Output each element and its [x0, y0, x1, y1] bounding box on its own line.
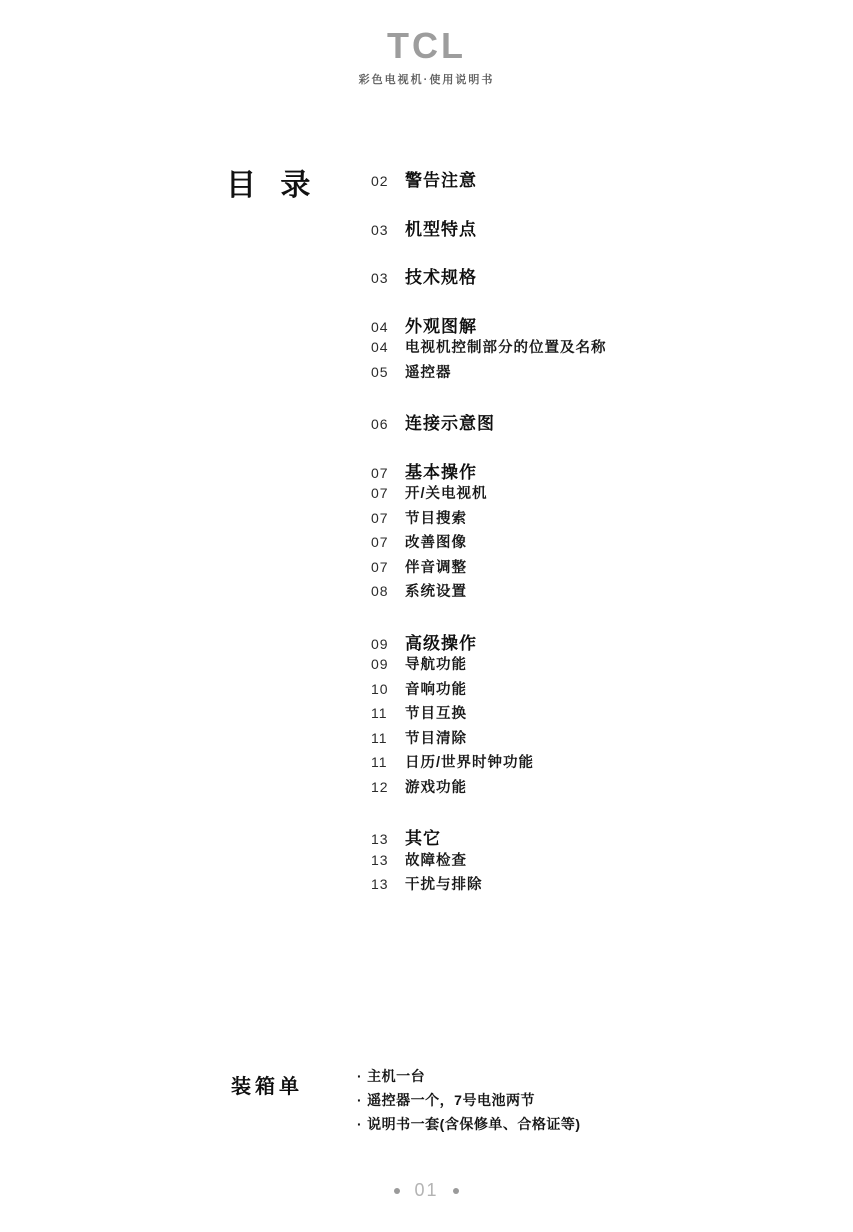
toc-page-number: 11	[371, 705, 405, 721]
toc-page-number: 03	[371, 222, 405, 238]
toc-group: 04 外观图解 04 电视机控制部分的位置及名称 05 遥控器	[371, 312, 791, 386]
toc-entry: 04 电视机控制部分的位置及名称	[371, 336, 791, 361]
toc-entry: 07 基本操作	[371, 458, 791, 483]
toc-group: 06 连接示意图	[371, 409, 791, 434]
toc-entry: 09 高级操作	[371, 629, 791, 654]
toc-entry-label: 警告注意	[405, 166, 477, 191]
toc-entry-label: 故障检查	[405, 849, 467, 870]
toc-entry-label: 外观图解	[405, 312, 477, 337]
toc-page-number: 13	[371, 852, 405, 868]
bullet-icon: ·	[357, 1116, 362, 1132]
toc-entry-label: 遥控器	[405, 361, 452, 382]
toc-group: 03 技术规格	[371, 263, 791, 288]
toc-page-number: 04	[371, 339, 405, 355]
toc-entry: 02 警告注意	[371, 166, 791, 191]
toc-entry: 07 伴音调整	[371, 556, 791, 581]
packing-items: · 主机一台 · 遥控器一个，7号电池两节 · 说明书一套(含保修单、合格证等)	[357, 1066, 581, 1138]
toc-entry: 05 遥控器	[371, 361, 791, 386]
toc-entry-label: 节目清除	[405, 727, 467, 748]
toc-entry: 03 技术规格	[371, 263, 791, 288]
toc-entry: 08 系统设置	[371, 580, 791, 605]
toc-group: 13 其它 13 故障检查 13 干扰与排除	[371, 824, 791, 898]
toc-page-number: 09	[371, 656, 405, 672]
toc-page-number: 12	[371, 779, 405, 795]
toc-entry: 13 干扰与排除	[371, 873, 791, 898]
toc-entry-label: 音响功能	[405, 678, 467, 699]
toc-entry-label: 节目搜索	[405, 507, 467, 528]
page-number: 01	[414, 1180, 438, 1201]
toc-entry-label: 系统设置	[405, 580, 467, 601]
brand-subtitle: 彩色电视机·使用说明书	[0, 71, 853, 87]
toc-entry-label: 高级操作	[405, 629, 477, 654]
toc-entry-label: 连接示意图	[405, 409, 495, 434]
toc-entry: 11 日历/世界时钟功能	[371, 751, 791, 776]
toc-entry-label: 游戏功能	[405, 776, 467, 797]
toc-entry-label: 干扰与排除	[405, 873, 483, 894]
toc-page-number: 02	[371, 173, 405, 189]
toc-entry: 03 机型特点	[371, 215, 791, 240]
toc-entry: 13 其它	[371, 824, 791, 849]
toc-entry-label: 电视机控制部分的位置及名称	[405, 336, 607, 357]
toc-entry-label: 其它	[405, 824, 441, 849]
toc-page-number: 07	[371, 485, 405, 501]
toc-page-number: 10	[371, 681, 405, 697]
toc-page-number: 07	[371, 510, 405, 526]
toc-page-number: 05	[371, 364, 405, 380]
toc-entry: 04 外观图解	[371, 312, 791, 337]
packing-item-text: 主机一台	[367, 1066, 425, 1086]
toc-entry: 07 节目搜索	[371, 507, 791, 532]
toc-entry-label: 伴音调整	[405, 556, 467, 577]
toc-page-number: 13	[371, 876, 405, 892]
toc-entry-label: 节目互换	[405, 702, 467, 723]
toc-entry-label: 技术规格	[405, 263, 477, 288]
toc-group: 02 警告注意	[371, 166, 791, 191]
toc-entry: 12 游戏功能	[371, 776, 791, 801]
toc-page-number: 07	[371, 534, 405, 550]
toc-entry-label: 导航功能	[405, 653, 467, 674]
packing-item: · 说明书一套(含保修单、合格证等)	[357, 1114, 581, 1138]
toc-page-number: 09	[371, 636, 405, 652]
toc-page-number: 07	[371, 559, 405, 575]
toc-entry-label: 机型特点	[405, 215, 477, 240]
toc-entry: 06 连接示意图	[371, 409, 791, 434]
toc-list: 02 警告注意 03 机型特点 03 技术规格 04 外观图解 04 电视机控制…	[371, 166, 791, 922]
toc-entry: 10 音响功能	[371, 678, 791, 703]
toc-page-number: 07	[371, 465, 405, 481]
toc-group: 03 机型特点	[371, 215, 791, 240]
toc-group: 07 基本操作 07 开/关电视机 07 节目搜索 07 改善图像 07 伴音调…	[371, 458, 791, 605]
toc-page-number: 08	[371, 583, 405, 599]
toc-entry: 13 故障检查	[371, 849, 791, 874]
bullet-icon: ·	[357, 1068, 362, 1084]
packing-list-title: 装箱单	[231, 1070, 303, 1099]
packing-item-text: 说明书一套(含保修单、合格证等)	[367, 1114, 580, 1134]
bullet-icon: ·	[357, 1092, 362, 1108]
toc-page-number: 06	[371, 416, 405, 432]
toc-entry: 07 改善图像	[371, 531, 791, 556]
page-footer: 01	[0, 1180, 853, 1201]
packing-item: · 主机一台	[357, 1066, 581, 1090]
toc-page-number: 04	[371, 319, 405, 335]
page-header: TCL 彩色电视机·使用说明书	[0, 28, 853, 87]
toc-entry: 11 节目互换	[371, 702, 791, 727]
toc-page-number: 03	[371, 270, 405, 286]
page-dot-icon	[394, 1188, 400, 1194]
brand-logo: TCL	[0, 28, 853, 64]
toc-group: 09 高级操作 09 导航功能 10 音响功能 11 节目互换 11 节目清除 …	[371, 629, 791, 801]
toc-entry-label: 日历/世界时钟功能	[405, 751, 534, 772]
toc-title: 目 录	[226, 160, 318, 204]
toc-page-number: 13	[371, 831, 405, 847]
toc-entry-label: 开/关电视机	[405, 482, 488, 503]
packing-item: · 遥控器一个，7号电池两节	[357, 1090, 581, 1114]
toc-entry-label: 改善图像	[405, 531, 467, 552]
toc-entry: 11 节目清除	[371, 727, 791, 752]
toc-entry: 07 开/关电视机	[371, 482, 791, 507]
toc-page-number: 11	[371, 754, 405, 770]
toc-entry-label: 基本操作	[405, 458, 477, 483]
packing-item-text: 遥控器一个，7号电池两节	[367, 1090, 535, 1110]
page-dot-icon	[453, 1188, 459, 1194]
toc-entry: 09 导航功能	[371, 653, 791, 678]
toc-page-number: 11	[371, 730, 405, 746]
